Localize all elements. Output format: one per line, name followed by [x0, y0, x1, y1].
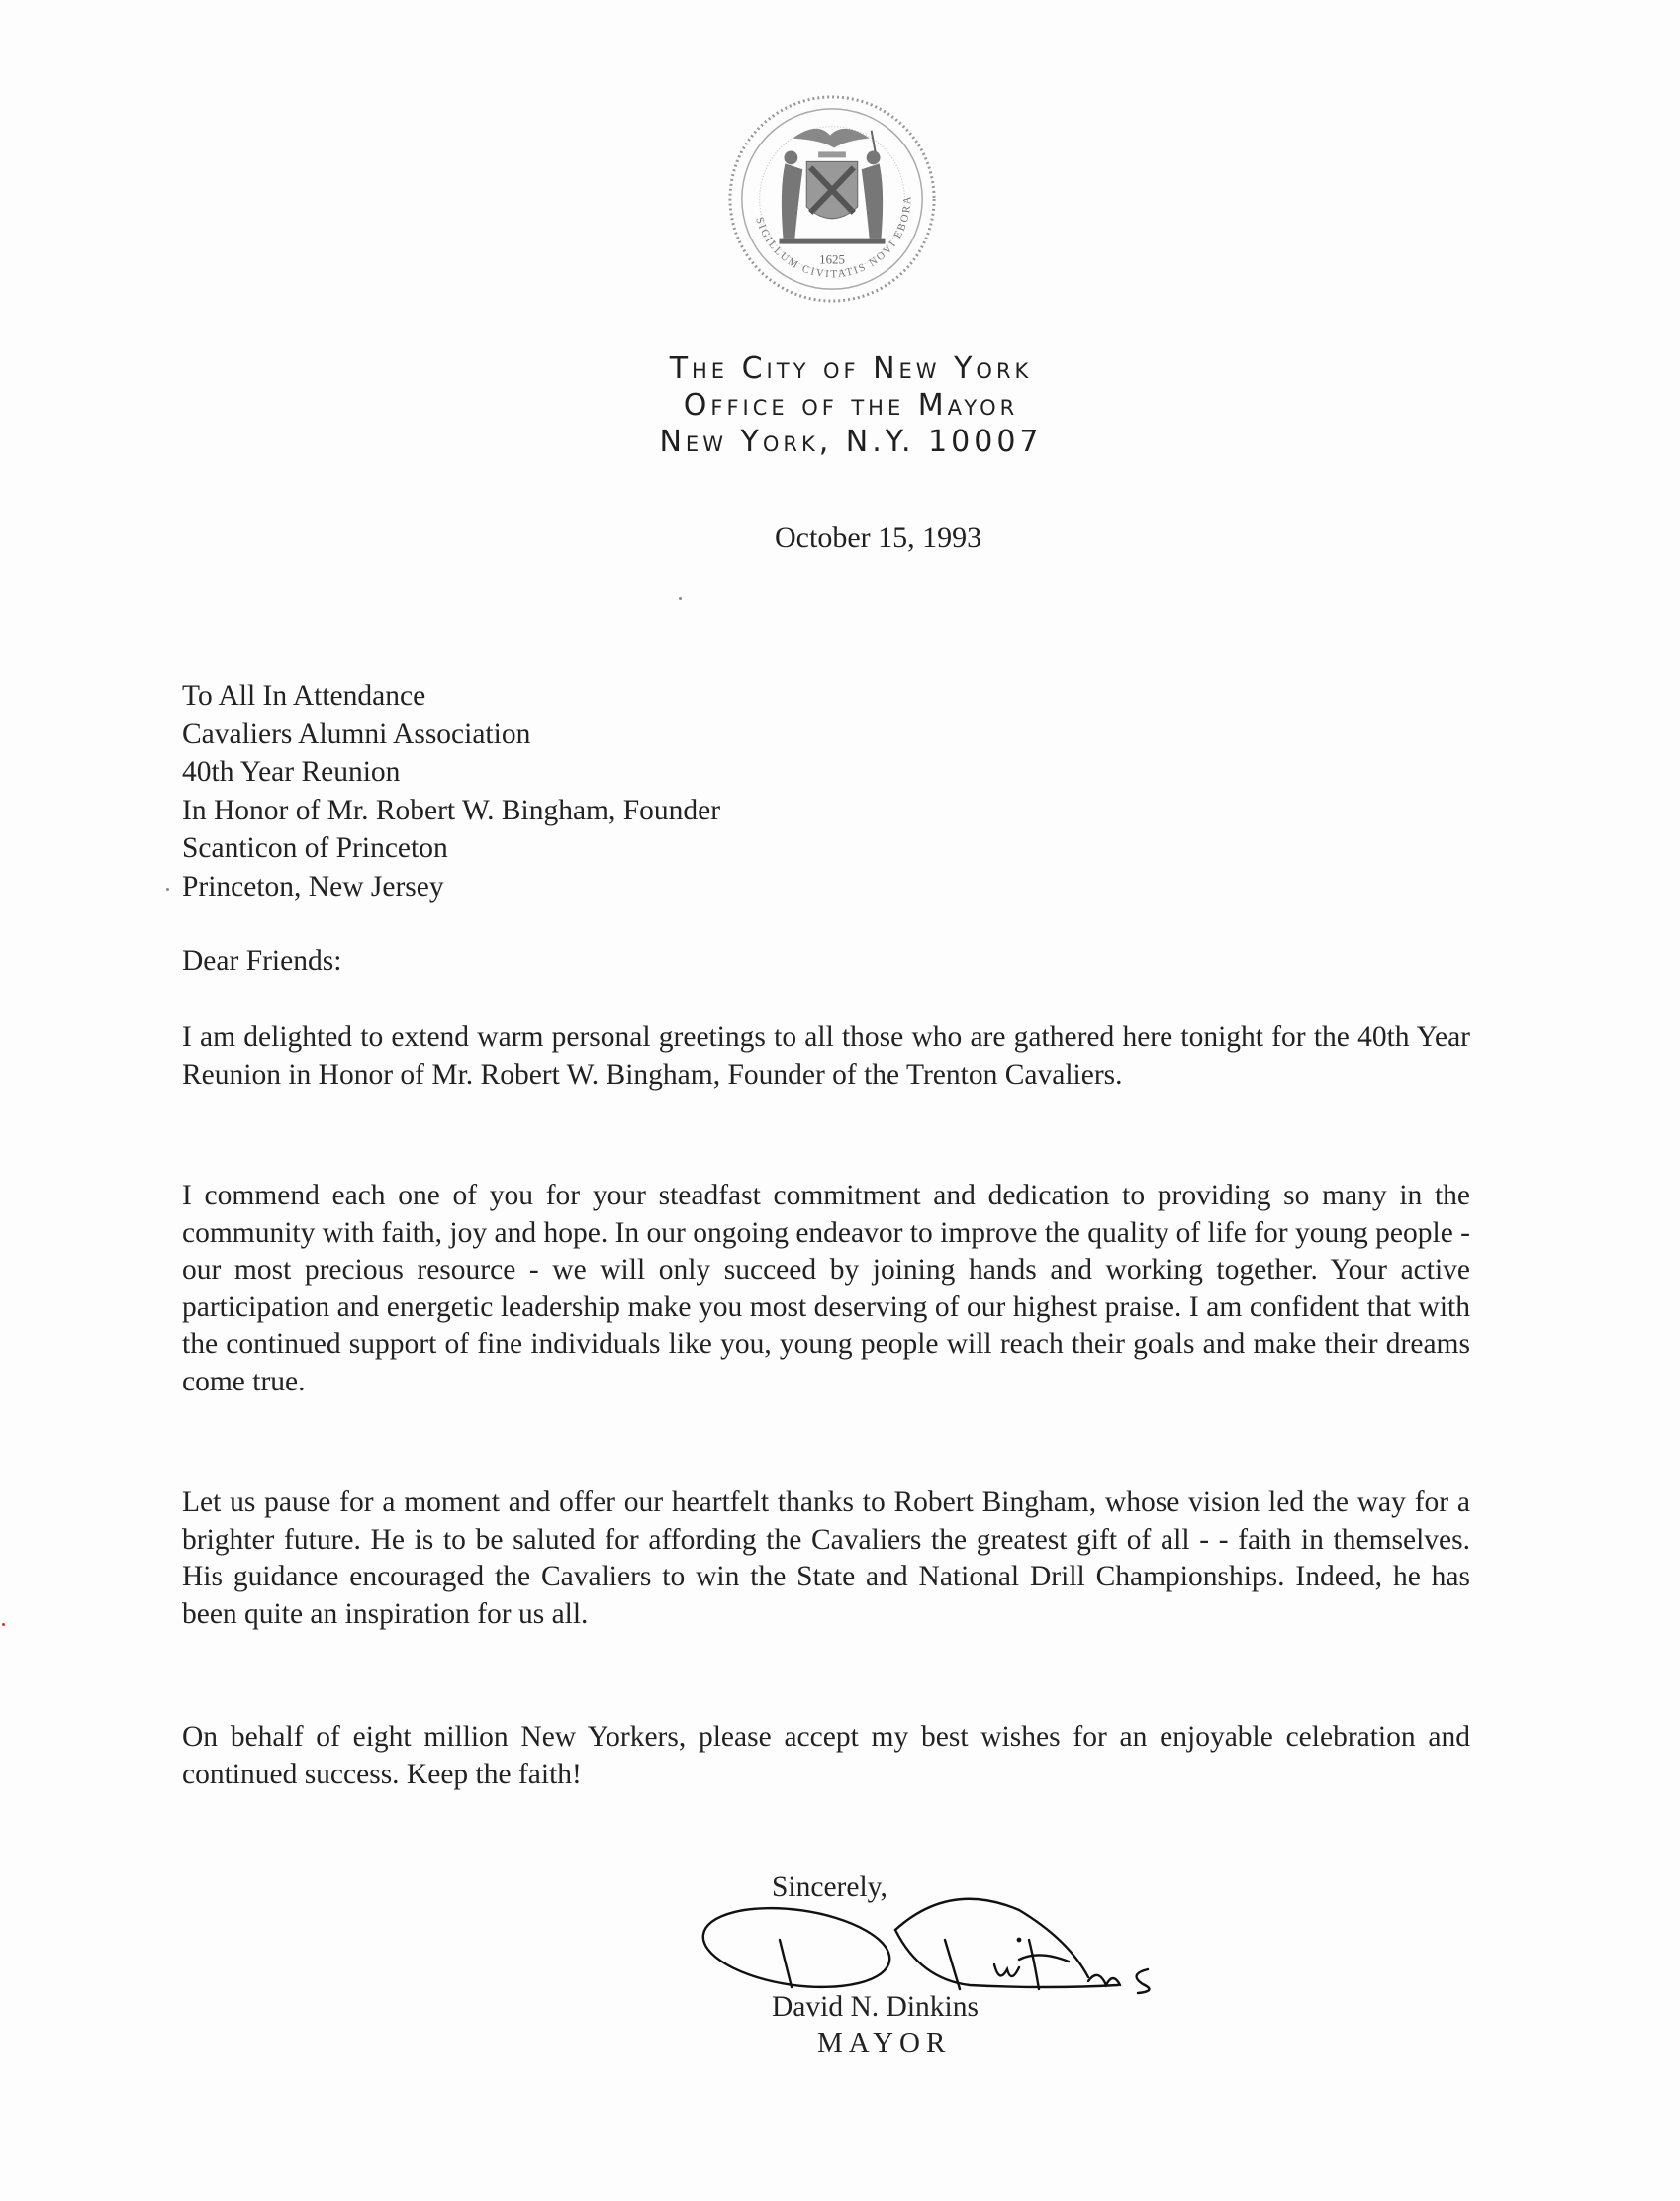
letterhead-office: Office of the Mayor	[554, 387, 1148, 424]
signer-title: MAYOR	[817, 2027, 951, 2059]
letterhead-address: New York, N.Y. 10007	[554, 424, 1148, 460]
letter-date: October 15, 1993	[775, 522, 981, 555]
scan-speck	[2, 1623, 5, 1626]
scan-speck	[679, 597, 682, 600]
body-paragraph: Let us pause for a moment and offer our …	[182, 1484, 1470, 1633]
recipient-line: 40th Year Reunion	[182, 753, 720, 792]
recipient-line: To All In Attendance	[182, 677, 720, 716]
body-paragraph: I am delighted to extend warm personal g…	[182, 1019, 1470, 1094]
salutation: Dear Friends:	[182, 945, 341, 978]
city-seal-icon: 1625 SIGILLUM CIVITATIS NOVI EBORACI	[724, 91, 940, 307]
svg-text:1625: 1625	[819, 252, 845, 266]
letterhead: The City of New York Office of the Mayor…	[554, 350, 1148, 460]
recipient-address: To All In Attendance Cavaliers Alumni As…	[182, 677, 720, 906]
signer-name: David N. Dinkins	[772, 1991, 979, 2024]
recipient-line: Scanticon of Princeton	[182, 829, 720, 868]
recipient-line: In Honor of Mr. Robert W. Bingham, Found…	[182, 792, 720, 830]
scan-speck	[166, 888, 169, 891]
recipient-line: Princeton, New Jersey	[182, 868, 720, 907]
recipient-line: Cavaliers Alumni Association	[182, 716, 720, 754]
letter-page: 1625 SIGILLUM CIVITATIS NOVI EBORACI The…	[0, 0, 1680, 2201]
body-paragraph: I commend each one of you for your stead…	[182, 1178, 1470, 1400]
body-paragraph: On behalf of eight million New Yorkers, …	[182, 1719, 1470, 1793]
letterhead-city: The City of New York	[554, 350, 1148, 387]
